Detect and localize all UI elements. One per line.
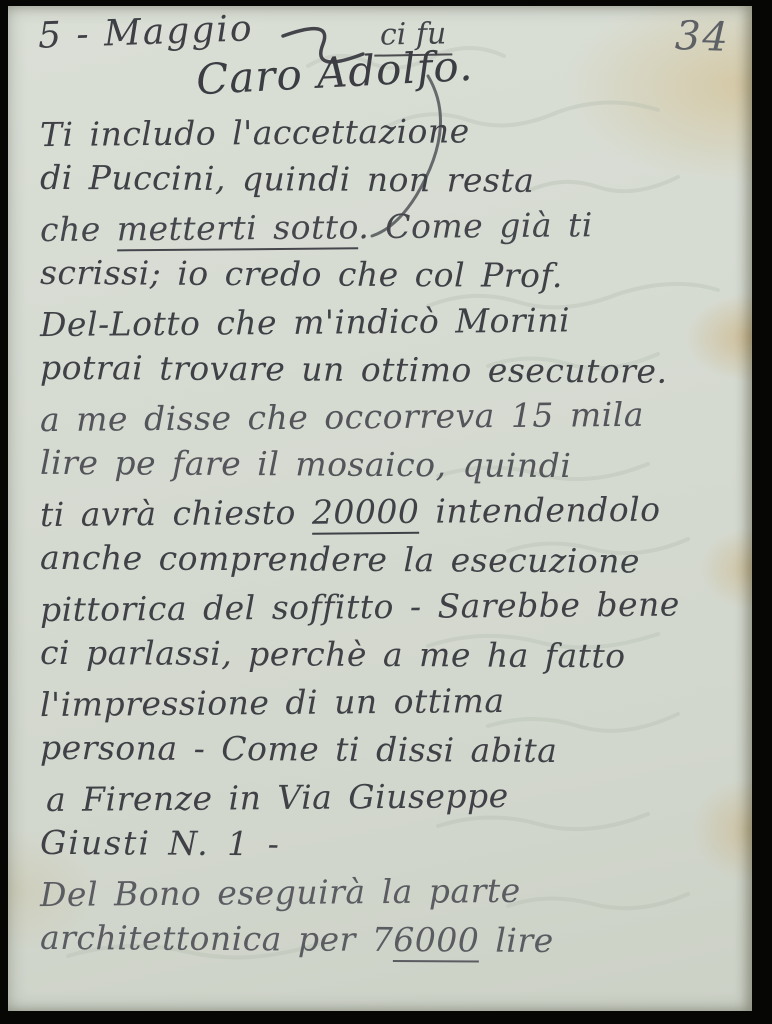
handwritten-line: potrai trovare un ottimo esecutore. bbox=[40, 345, 742, 397]
letter-date: 5 - Maggio bbox=[37, 8, 254, 56]
handwritten-line: architettonica per 76000 lire bbox=[40, 915, 742, 967]
handwritten-line: l'impressione di un ottima bbox=[40, 677, 742, 731]
handwritten-line: Del-Lotto che m'indicò Morini bbox=[40, 297, 742, 351]
handwritten-line: a me disse che occorreva 15 mila bbox=[40, 392, 742, 446]
handwritten-line: Giusti N. 1 - bbox=[40, 820, 742, 872]
letter-paper: 34 5 - Maggioci fu Caro Adolfo. Ti inclu… bbox=[8, 6, 752, 1011]
handwritten-line: lire pe fare il mosaico, quindi bbox=[40, 440, 742, 492]
handwritten-line: a Firenze in Via Giuseppe bbox=[46, 772, 742, 826]
page-number: 34 bbox=[674, 13, 730, 61]
handwritten-line: di Puccini, quindi non resta bbox=[40, 155, 742, 207]
handwritten-line: ti avrà chiesto 20000 intendendolo bbox=[40, 487, 742, 541]
handwritten-line: scrissi; io credo che col Prof. bbox=[40, 250, 742, 302]
handwritten-line: Del Bono eseguirà la parte bbox=[40, 867, 742, 921]
handwritten-line: che metterti sotto. Come già ti bbox=[40, 202, 742, 256]
handwritten-line: ci parlassi, perchè a me ha fatto bbox=[40, 630, 742, 682]
handwritten-line: pittorica del soffitto - Sarebbe bene bbox=[40, 582, 742, 636]
handwritten-line: persona - Come ti dissi abita bbox=[40, 725, 742, 777]
letter-body: Ti includo l'accettazionedi Puccini, qui… bbox=[40, 110, 742, 965]
scanned-letter-page: 34 5 - Maggioci fu Caro Adolfo. Ti inclu… bbox=[0, 0, 772, 1024]
handwritten-line: anche comprendere la esecuzione bbox=[40, 535, 742, 587]
handwritten-line: Ti includo l'accettazione bbox=[40, 107, 742, 161]
